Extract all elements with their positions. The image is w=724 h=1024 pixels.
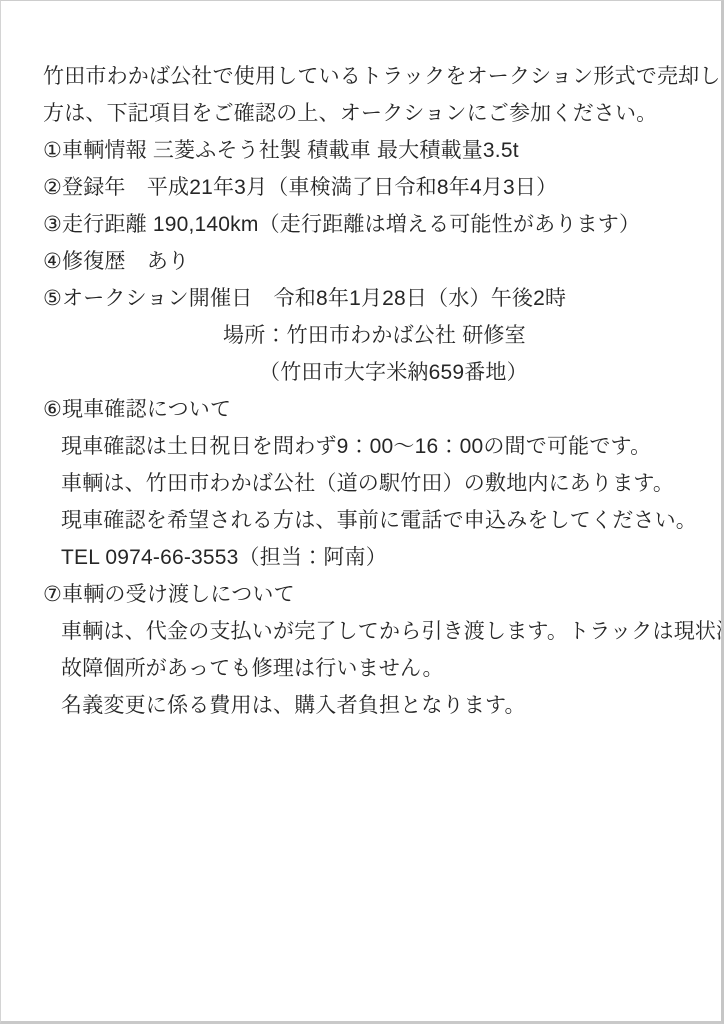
intro-line-2: 方は、下記項目をご確認の上、オークションにご参加ください。 [1, 95, 721, 132]
item-5-address: （竹田市大字米納659番地） [1, 354, 721, 391]
item-5-auction-date: ⑤オークション開催日 令和8年1月28日（水）午後2時 [1, 280, 721, 317]
intro-line-1: 竹田市わかば公社で使用しているトラックをオークション形式で売却します。興味のある [1, 58, 721, 95]
item-7-handover-note: 車輌は、代金の支払いが完了してから引き渡します。トラックは現状渡しです。 [1, 613, 721, 650]
item-7-no-repair-note: 故障個所があっても修理は行いません。 [1, 650, 721, 687]
item-6-inspection-hours: 現車確認は土日祝日を問わず9：00～16：00の間で可能です。 [1, 428, 721, 465]
item-5-venue: 場所：竹田市わかば公社 研修室 [1, 317, 721, 354]
item-6-heading: ⑥現車確認について [1, 391, 721, 428]
item-7-name-change-cost: 名義変更に係る費用は、購入者負担となります。 [1, 687, 721, 724]
item-4-repair-history: ④修復歴 あり [1, 243, 721, 280]
item-6-appointment-note: 現車確認を希望される方は、事前に電話で申込みをしてください。 [1, 502, 721, 539]
item-2-registration: ②登録年 平成21年3月（車検満了日令和8年4月3日） [1, 169, 721, 206]
item-1-vehicle-info: ①車輌情報 三菱ふそう社製 積載車 最大積載量3.5t [1, 132, 721, 169]
document-page: 竹田市わかば公社で使用しているトラックをオークション形式で売却します。興味のある… [0, 0, 724, 1024]
item-3-mileage: ③走行距離 190,140km（走行距離は増える可能性があります） [1, 206, 721, 243]
item-6-phone-number: TEL 0974-66-3553（担当：阿南） [1, 539, 721, 576]
item-6-vehicle-location: 車輌は、竹田市わかば公社（道の駅竹田）の敷地内にあります。 [1, 465, 721, 502]
item-7-heading: ⑦車輌の受け渡しについて [1, 576, 721, 613]
